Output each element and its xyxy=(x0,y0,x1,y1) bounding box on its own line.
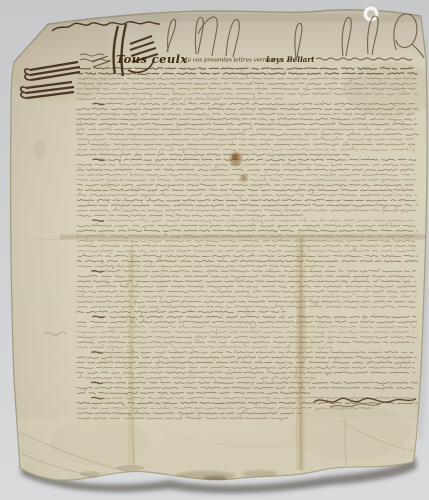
header-name: Loys Bellart xyxy=(265,55,315,64)
header-opening-words: Tous ceulx xyxy=(116,52,188,66)
header-phrase: qui ces presentes lettres verront xyxy=(182,58,275,64)
punch-hole xyxy=(364,7,379,22)
photo-of-parchment-document: Tous ceulx qui ces presentes lettres ver… xyxy=(0,0,429,500)
document-photo-canvas: Tous ceulx qui ces presentes lettres ver… xyxy=(0,0,429,500)
